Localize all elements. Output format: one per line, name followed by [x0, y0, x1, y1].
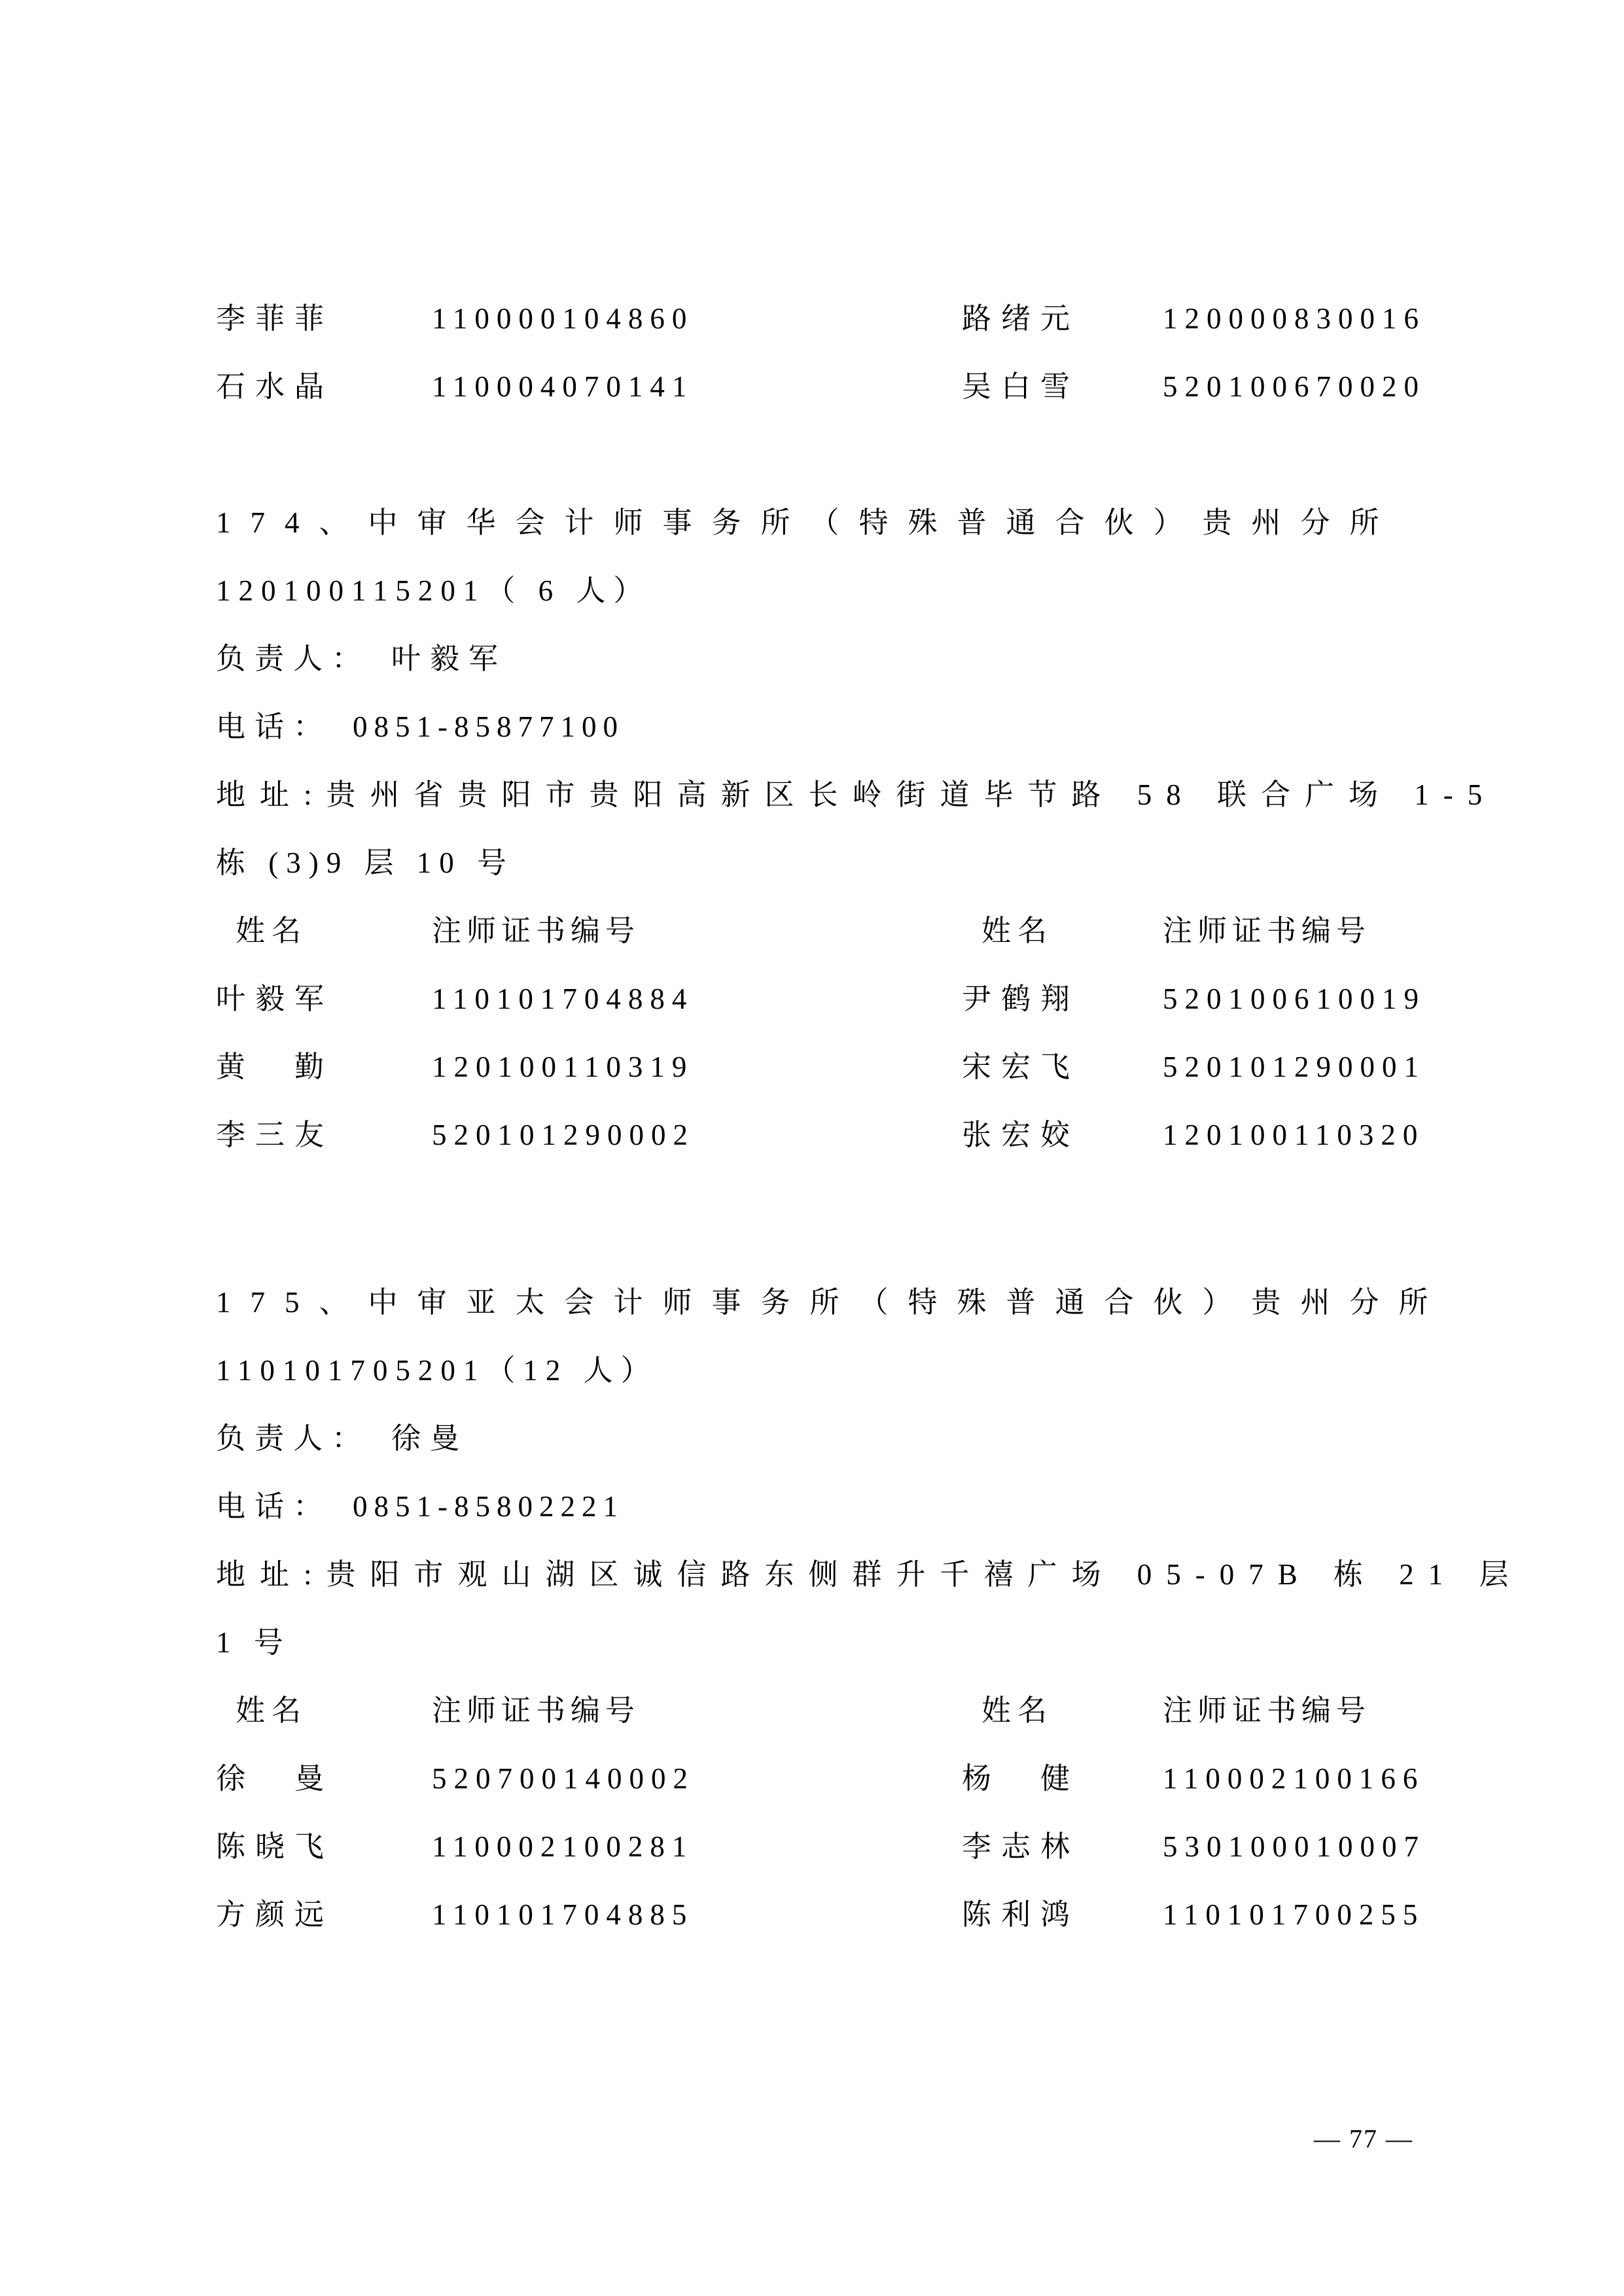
column-header-name: 姓名 — [962, 897, 1163, 965]
accountant-name: 陈晓飞 — [216, 1813, 432, 1881]
column-header-name: 姓名 — [962, 1677, 1163, 1745]
accountant-table: 姓名 注师证书编号 姓名 注师证书编号 徐 曼 520700140002 杨 健… — [216, 1677, 1415, 1949]
table-header-row: 姓名 注师证书编号 姓名 注师证书编号 — [216, 897, 1415, 965]
section-code-line: 110101705201（12 人） — [216, 1336, 1415, 1404]
table-row: 李三友 520101290002 张宏姣 120100110320 — [216, 1101, 1415, 1169]
page-number: — 77 — — [1314, 2123, 1413, 2154]
table-header-row: 姓名 注师证书编号 姓名 注师证书编号 — [216, 1677, 1415, 1745]
accountant-name: 吴白雪 — [962, 353, 1163, 421]
table-row: 李菲菲 110000104860 路绪元 120000830016 — [216, 285, 1415, 353]
section-174: 174、中审华会计师事务所（特殊普通合伙）贵州分所 120100115201（ … — [216, 489, 1415, 1169]
certificate-number: 120100110319 — [432, 1033, 962, 1101]
certificate-number: 530100010007 — [1163, 1813, 1426, 1881]
accountant-table: 姓名 注师证书编号 姓名 注师证书编号 叶毅军 110101704884 尹鹤翔… — [216, 897, 1415, 1169]
continuation-table: 李菲菲 110000104860 路绪元 120000830016 石水晶 11… — [216, 285, 1415, 421]
manager-line: 负责人：叶毅军 — [216, 625, 1415, 693]
manager-label: 负责人： — [216, 1422, 370, 1455]
certificate-number: 110000104860 — [432, 285, 962, 353]
blank-line — [216, 421, 1415, 489]
address-text: 贵州省贵阳市贵阳高新区长岭街道毕节路 58 联合广场 1-5 — [327, 778, 1497, 811]
accountant-name: 方颜远 — [216, 1881, 432, 1949]
phone-label: 电话： — [216, 710, 332, 743]
accountant-name: 尹鹤翔 — [962, 965, 1163, 1033]
phone-number: 0851-85802221 — [353, 1490, 624, 1523]
certificate-number: 110101704884 — [432, 965, 962, 1033]
section-title: 174、中审华会计师事务所（特殊普通合伙）贵州分所 — [216, 489, 1415, 557]
phone-line: 电话：0851-85802221 — [216, 1472, 1415, 1540]
accountant-name: 李三友 — [216, 1101, 432, 1169]
certificate-number: 120100110320 — [1163, 1101, 1424, 1169]
manager-label: 负责人： — [216, 642, 370, 675]
certificate-number: 520100670020 — [1163, 353, 1426, 421]
accountant-name: 李志林 — [962, 1813, 1163, 1881]
table-row: 叶毅军 110101704884 尹鹤翔 520100610019 — [216, 965, 1415, 1033]
accountant-name: 张宏姣 — [962, 1101, 1163, 1169]
table-row: 黄 勤 120100110319 宋宏飞 520101290001 — [216, 1033, 1415, 1101]
column-header-name: 姓名 — [216, 897, 432, 965]
section-title: 175、中审亚太会计师事务所（特殊普通合伙）贵州分所 — [216, 1268, 1415, 1336]
address-line-2: 1 号 — [216, 1609, 1415, 1677]
certificate-number: 110101700255 — [1163, 1881, 1424, 1949]
certificate-number: 110002100281 — [432, 1813, 962, 1881]
blank-line — [216, 1169, 1415, 1268]
column-header-name: 姓名 — [216, 1677, 432, 1745]
table-row: 石水晶 110004070141 吴白雪 520100670020 — [216, 353, 1415, 421]
section-code-line: 120100115201（ 6 人） — [216, 557, 1415, 625]
manager-line: 负责人：徐曼 — [216, 1404, 1415, 1472]
address-line-1: 地址:贵阳市观山湖区诚信路东侧群升千禧广场 05-07B 栋 21 层 — [216, 1540, 1415, 1609]
address-text: 贵阳市观山湖区诚信路东侧群升千禧广场 05-07B 栋 21 层 — [327, 1558, 1523, 1591]
accountant-name: 黄 勤 — [216, 1033, 432, 1101]
accountant-name: 徐 曼 — [216, 1745, 432, 1813]
address-line-1: 地址:贵州省贵阳市贵阳高新区长岭街道毕节路 58 联合广场 1-5 — [216, 761, 1415, 829]
phone-line: 电话：0851-85877100 — [216, 693, 1415, 761]
accountant-name: 陈利鸿 — [962, 1881, 1163, 1949]
table-row: 方颜远 110101704885 陈利鸿 110101700255 — [216, 1881, 1415, 1949]
table-row: 徐 曼 520700140002 杨 健 110002100166 — [216, 1745, 1415, 1813]
phone-number: 0851-85877100 — [353, 710, 624, 743]
address-label: 地址: — [216, 1558, 327, 1591]
phone-label: 电话： — [216, 1490, 332, 1523]
accountant-name: 石水晶 — [216, 353, 432, 421]
column-header-cert: 注师证书编号 — [432, 897, 962, 965]
table-row: 陈晓飞 110002100281 李志林 530100010007 — [216, 1813, 1415, 1881]
certificate-number: 520101290002 — [432, 1101, 962, 1169]
accountant-name: 李菲菲 — [216, 285, 432, 353]
certificate-number: 120000830016 — [1163, 285, 1426, 353]
column-header-cert: 注师证书编号 — [432, 1677, 962, 1745]
certificate-number: 110101704885 — [432, 1881, 962, 1949]
certificate-number: 520100610019 — [1163, 965, 1426, 1033]
manager-name: 徐曼 — [391, 1422, 468, 1455]
accountant-name: 路绪元 — [962, 285, 1163, 353]
certificate-number: 520700140002 — [432, 1745, 962, 1813]
document-page: 李菲菲 110000104860 路绪元 120000830016 石水晶 11… — [0, 0, 1624, 2296]
accountant-name: 宋宏飞 — [962, 1033, 1163, 1101]
page-content: 李菲菲 110000104860 路绪元 120000830016 石水晶 11… — [216, 285, 1415, 1949]
certificate-number: 110004070141 — [432, 353, 962, 421]
section-175: 175、中审亚太会计师事务所（特殊普通合伙）贵州分所 110101705201（… — [216, 1268, 1415, 1949]
address-line-2: 栋 (3)9 层 10 号 — [216, 829, 1415, 897]
accountant-name: 叶毅军 — [216, 965, 432, 1033]
certificate-number: 520101290001 — [1163, 1033, 1426, 1101]
certificate-number: 110002100166 — [1163, 1745, 1424, 1813]
column-header-cert: 注师证书编号 — [1163, 1677, 1415, 1745]
manager-name: 叶毅军 — [391, 642, 507, 675]
address-label: 地址: — [216, 778, 327, 811]
accountant-name: 杨 健 — [962, 1745, 1163, 1813]
column-header-cert: 注师证书编号 — [1163, 897, 1415, 965]
